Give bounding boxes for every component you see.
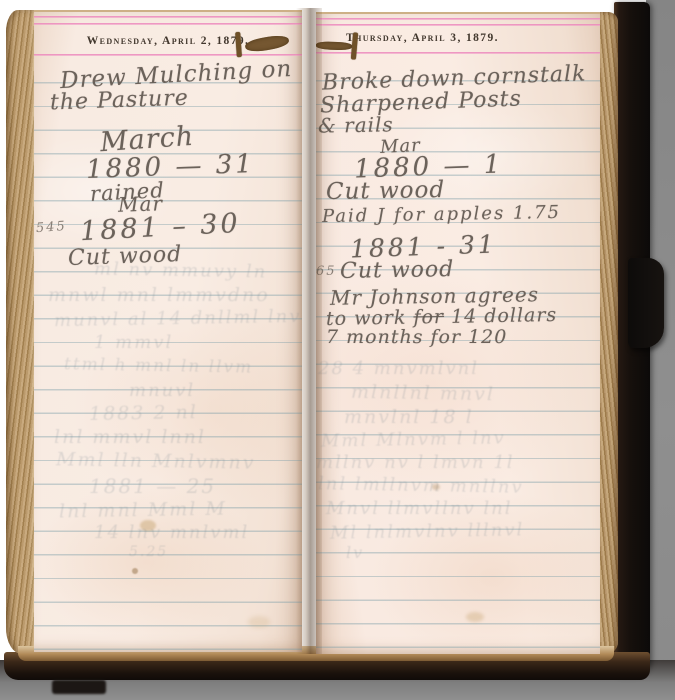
ghost-line: 1883 2 nl bbox=[89, 401, 198, 425]
ghost-line: 5.25 bbox=[129, 544, 168, 560]
ink-blot bbox=[316, 29, 363, 63]
diary-scan: Wednesday, April 2, 1879. Drew Mulching … bbox=[0, 0, 675, 700]
handwritten-entry: Cut wood bbox=[340, 257, 455, 284]
paper-stain bbox=[140, 520, 156, 531]
ghost-line: mllnv nv l lmvn 1l bbox=[316, 452, 515, 473]
header-rule bbox=[34, 23, 302, 25]
diary-page-right: Thursday, April 3, 1879. Broke down corn… bbox=[316, 12, 600, 654]
handwritten-entry: & rails bbox=[318, 112, 394, 137]
ghost-line: 14 lnv mnlvml bbox=[94, 522, 249, 543]
ghost-line: mnvlnl 18 l bbox=[344, 406, 474, 428]
header-rule bbox=[316, 18, 600, 20]
paper-stain bbox=[466, 612, 484, 622]
ghost-line: mnwl mnl lmmvdno bbox=[48, 284, 270, 306]
paper-stain bbox=[248, 616, 270, 628]
ghost-line: Mnvl llmvllnv lnl bbox=[326, 498, 513, 519]
paper-stain bbox=[132, 568, 138, 574]
ghost-line: Ml lnlmvlnv lllnvl bbox=[330, 519, 525, 543]
ghost-line: 1 mmvl bbox=[94, 332, 173, 353]
handwritten-entry: 7 months for 120 bbox=[326, 326, 507, 348]
page-edges-left bbox=[6, 10, 36, 654]
book-cover-corner bbox=[52, 680, 106, 694]
ghost-line: 28 4 mnvmlvnl bbox=[318, 358, 479, 379]
printed-date-right: Thursday, April 3, 1879. bbox=[346, 32, 499, 44]
ghost-line: lnl mnl Mml M bbox=[59, 498, 227, 523]
margin-note: 545 bbox=[36, 219, 68, 236]
page-edges-right bbox=[598, 12, 618, 654]
handwritten-entry: the Pasture bbox=[50, 86, 190, 116]
handwritten-entry: 1880 — 31 bbox=[86, 149, 256, 185]
ghost-line: Mml Mlnvm l lnv bbox=[321, 427, 506, 451]
ghost-line: 1881 — 25 bbox=[89, 474, 216, 498]
ghost-line: mnuvl bbox=[129, 380, 195, 401]
agreement-post: 14 dollars bbox=[451, 304, 558, 328]
ghost-line: ml nv mmuvy ln bbox=[94, 258, 268, 282]
ghost-line: ttml h mnl ln llvm bbox=[64, 354, 254, 377]
book-gutter-shadow bbox=[296, 8, 322, 654]
ghost-line: lnl lmllnvm mnllnv bbox=[318, 473, 524, 498]
header-rule bbox=[34, 16, 302, 18]
ghost-line: Mml lln Mnlvmnv bbox=[56, 448, 256, 473]
book-closure-strap bbox=[628, 258, 664, 348]
ghost-line: lnl mmvl lnnl bbox=[54, 426, 206, 448]
handwritten-entry: Cut wood bbox=[326, 177, 446, 205]
diary-page-left: Wednesday, April 2, 1879. Drew Mulching … bbox=[34, 10, 302, 652]
ghost-line: mlnllnl mnvl bbox=[351, 381, 495, 406]
handwritten-entry: Paid J for apples 1.75 bbox=[322, 202, 561, 227]
ruled-lines bbox=[316, 58, 600, 654]
ghost-line: lv bbox=[346, 543, 364, 562]
scanner-background-right bbox=[646, 0, 675, 700]
ghost-line: munvl al 14 dnllml lnv bbox=[54, 306, 302, 331]
header-rule bbox=[316, 24, 600, 26]
paper-stain bbox=[432, 484, 440, 490]
